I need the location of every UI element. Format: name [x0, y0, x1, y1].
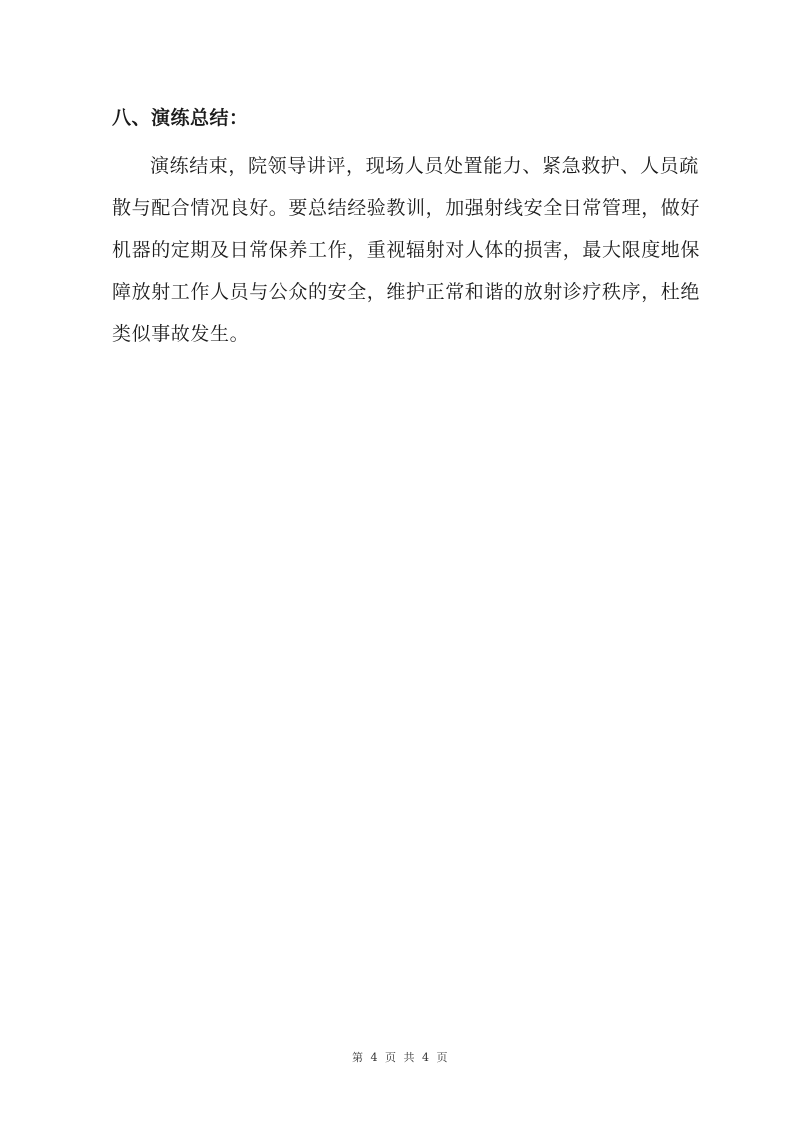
- paragraph-line: 类似事故发生。: [112, 313, 692, 355]
- paragraph-line: 障放射工作人员与公众的安全，维护正常和谐的放射诊疗秩序，杜绝: [112, 271, 692, 313]
- paragraph-line: 散与配合情况良好。要总结经验教训，加强射线安全日常管理，做好: [112, 187, 692, 229]
- page-footer: 第 4 页 共 4 页: [0, 1050, 800, 1066]
- section-heading: 八、演练总结：: [112, 103, 249, 133]
- document-page: 八、演练总结： 演练结束，院领导讲评，现场人员处置能力、紧急救护、人员疏 散与配…: [0, 0, 800, 1132]
- paragraph-line: 演练结束，院领导讲评，现场人员处置能力、紧急救护、人员疏: [112, 145, 692, 187]
- summary-paragraph: 演练结束，院领导讲评，现场人员处置能力、紧急救护、人员疏 散与配合情况良好。要总…: [112, 145, 692, 355]
- paragraph-line: 机器的定期及日常保养工作，重视辐射对人体的损害，最大限度地保: [112, 229, 692, 271]
